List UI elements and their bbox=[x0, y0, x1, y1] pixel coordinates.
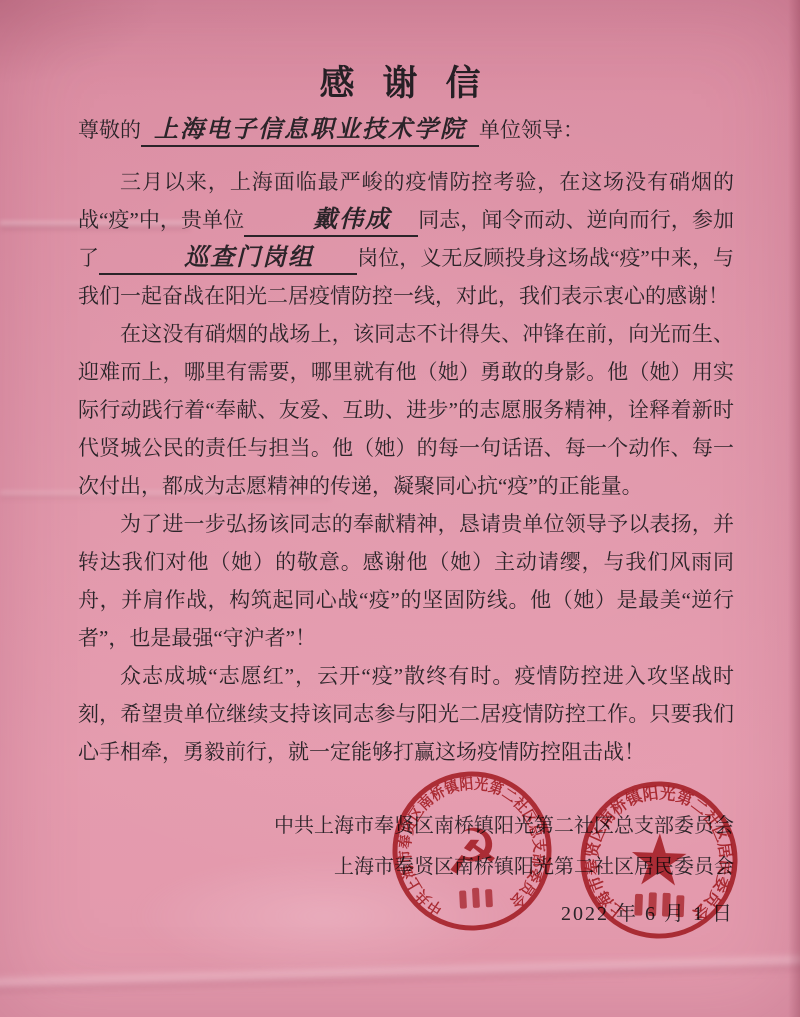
salutation-prefix: 尊敬的 bbox=[78, 118, 141, 142]
salutation-line: 尊敬的上海电子信息职业技术学院单位领导： bbox=[78, 111, 734, 149]
volunteer-name-blank: 戴伟成 bbox=[244, 204, 418, 237]
unit-name-blank: 上海电子信息职业技术学院 bbox=[141, 114, 479, 147]
unit-name-handwriting: 上海电子信息职业技术学院 bbox=[154, 114, 466, 143]
paper-edge-shadow bbox=[788, 0, 800, 1017]
post-name-blank: 巡查门岗组 bbox=[99, 242, 357, 275]
star-icon: ★ bbox=[626, 818, 693, 903]
paragraph-4: 众志成城“志愿红”，云开“疫”散终有时。疫情防控进入攻坚战时刻，希望贵单位继续支… bbox=[78, 657, 734, 771]
paragraph-3: 为了进一步弘扬该同志的奉献精神，恳请贵单位领导予以表扬，并转达我们对他（她）的敬… bbox=[78, 505, 734, 657]
salutation-suffix: 单位领导： bbox=[479, 118, 584, 142]
paragraph-2: 在这没有硝烟的战场上，该同志不计得失、冲锋在前，向光而生、迎难而上，哪里有需要，… bbox=[78, 315, 734, 505]
hammer-sickle-icon: ☭ bbox=[442, 814, 501, 890]
post-name-handwriting: 巡查门岗组 bbox=[184, 242, 314, 271]
letter-body: 尊敬的上海电子信息职业技术学院单位领导： 三月以来，上海面临最严峻的疫情防控考验… bbox=[78, 111, 734, 771]
stamp-inner-marks bbox=[459, 887, 493, 909]
thank-you-letter-page: 感谢信 尊敬的上海电子信息职业技术学院单位领导： 三月以来，上海面临最严峻的疫情… bbox=[0, 0, 800, 1017]
letter-title: 感谢信 bbox=[0, 56, 800, 106]
paper-crease-bottom bbox=[0, 946, 800, 999]
party-committee-stamp: 中共上海市奉贤区南桥镇阳光第二社区总支部委员会 ☭ bbox=[387, 766, 557, 936]
residents-committee-stamp: 上海市奉贤区南桥镇阳光第二社区居民委员会 ★ bbox=[576, 777, 741, 942]
volunteer-name-handwriting: 戴伟成 bbox=[313, 204, 391, 233]
paragraph-1: 三月以来，上海面临最严峻的疫情防控考验，在这场没有硝烟的战“疫”中，贵单位戴伟成… bbox=[78, 163, 734, 315]
